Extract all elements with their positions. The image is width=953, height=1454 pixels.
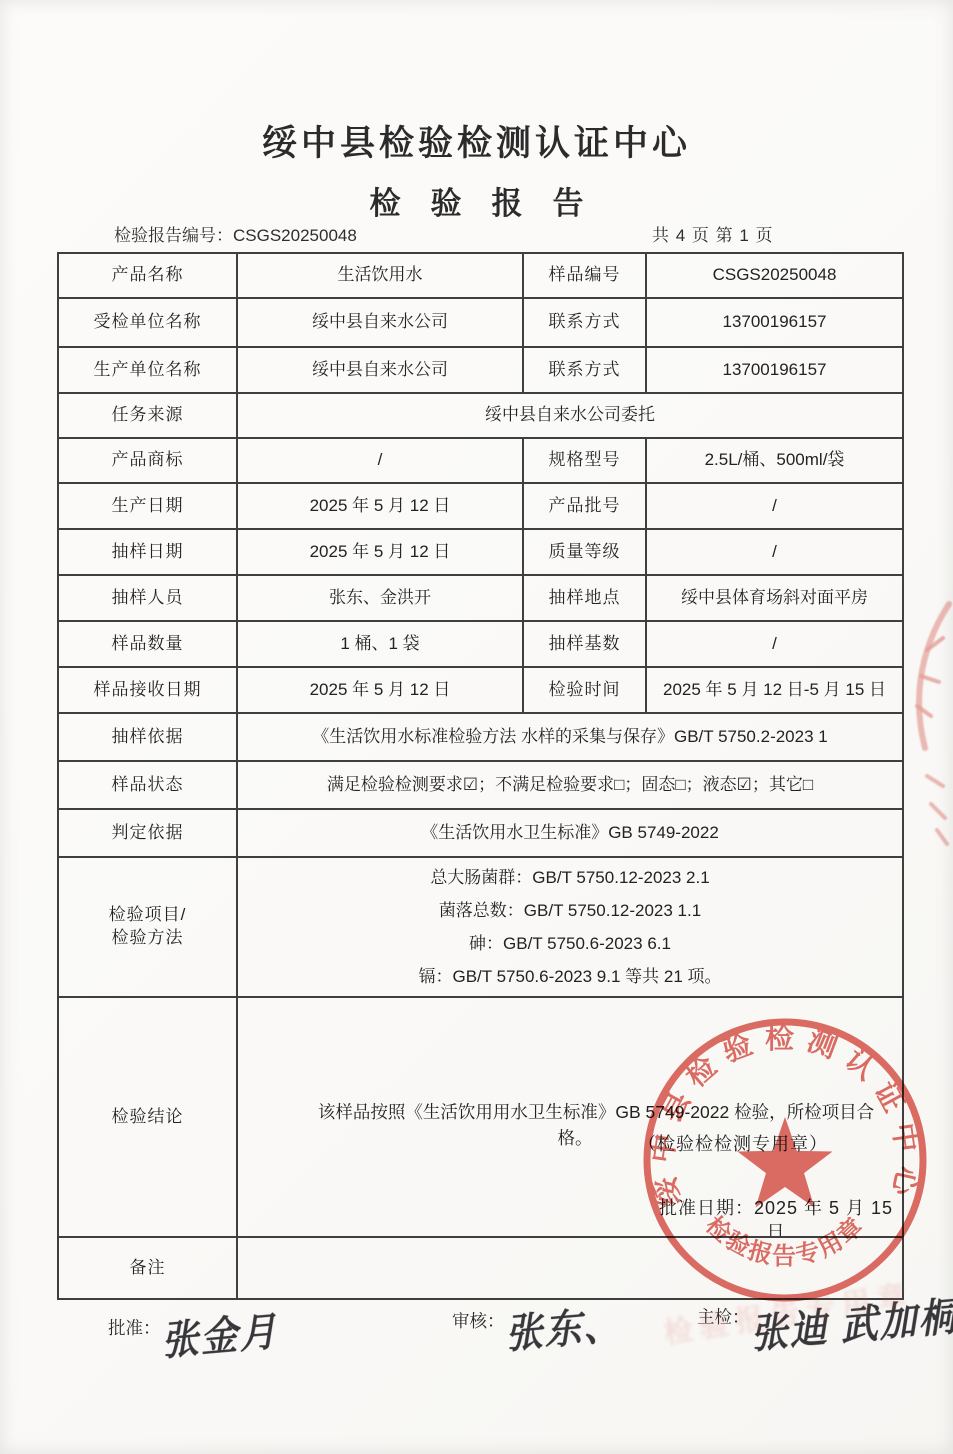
- receive-date-value: 2025 年 5 月 12 日: [237, 667, 523, 713]
- product-name-label: 产品名称: [58, 253, 237, 298]
- table-row: 判定依据 《生活饮用水卫生标准》GB 5749-2022: [58, 809, 903, 857]
- method-line: 镉：GB/T 5750.6-2023 9.1 等共 21 项。: [244, 960, 896, 993]
- receive-date-label: 样品接收日期: [58, 667, 237, 713]
- table-row: 产品名称 生活饮用水 样品编号 CSGS20250048: [58, 253, 903, 298]
- sampler-value: 张东、金洪开: [237, 575, 523, 621]
- producer-unit-value: 绥中县自来水公司: [237, 347, 523, 393]
- trademark-value: /: [237, 438, 523, 483]
- sample-no-value: CSGS20250048: [646, 253, 903, 298]
- test-time-label: 检验时间: [523, 667, 646, 713]
- org-title: 绥中县检验检测认证中心: [0, 116, 953, 166]
- contact-value-2: 13700196157: [646, 347, 903, 393]
- quality-grade-value: /: [646, 529, 903, 575]
- table-row: 样品数量 1 桶、1 袋 抽样基数 /: [58, 621, 903, 667]
- batch-no-value: /: [646, 483, 903, 529]
- batch-no-label: 产品批号: [523, 483, 646, 529]
- contact-label-2: 联系方式: [523, 347, 646, 393]
- sample-qty-value: 1 桶、1 袋: [237, 621, 523, 667]
- remark-value: [237, 1237, 903, 1299]
- sample-status-value: 满足检验检测要求☑；不满足检验要求□；固态□；液态☑；其它□: [237, 761, 903, 809]
- approve-label: 批准：: [108, 1318, 161, 1338]
- report-title: 检验报告: [0, 178, 953, 223]
- sampling-base-label: 抽样基数: [523, 621, 646, 667]
- table-row: 检验项目/ 检验方法 总大肠菌群：GB/T 5750.12-2023 2.1 菌…: [58, 857, 903, 997]
- report-number-value: CSGS20250048: [233, 226, 357, 245]
- table-row: 备注: [58, 1237, 903, 1299]
- conclusion-label: 检验结论: [58, 997, 237, 1237]
- contact-label-1: 联系方式: [523, 298, 646, 347]
- chief-signature: 张迪 武加桐: [749, 1282, 953, 1359]
- seal-note: （检验检检测专用章）: [638, 1132, 828, 1156]
- contact-value-1: 13700196157: [646, 298, 903, 347]
- producer-unit-label: 生产单位名称: [58, 347, 237, 393]
- report-table: 产品名称 生活饮用水 样品编号 CSGS20250048 受检单位名称 绥中县自…: [57, 252, 904, 1300]
- sampling-date-value: 2025 年 5 月 12 日: [237, 529, 523, 575]
- table-row: 抽样依据 《生活饮用水标准检验方法 水样的采集与保存》GB/T 5750.2-2…: [58, 713, 903, 761]
- judgment-basis-label: 判定依据: [58, 809, 237, 857]
- report-number-label: 检验报告编号：: [114, 226, 233, 245]
- reviewer-signature-block: 审核：张东、: [452, 1298, 626, 1352]
- table-row: 样品接收日期 2025 年 5 月 12 日 检验时间 2025 年 5 月 1…: [58, 667, 903, 713]
- task-source-label: 任务来源: [58, 393, 237, 438]
- method-line: 菌落总数：GB/T 5750.12-2023 1.1: [244, 894, 896, 927]
- spec-model-label: 规格型号: [523, 438, 646, 483]
- chief-label: 主检：: [697, 1307, 750, 1327]
- review-label: 审核：: [452, 1311, 505, 1331]
- product-name-value: 生活饮用水: [237, 253, 523, 298]
- sampling-site-value: 绥中县体育场斜对面平房: [646, 575, 903, 621]
- sampling-site-label: 抽样地点: [523, 575, 646, 621]
- chief-inspector-signature-block: 主检：张迪 武加桐: [697, 1294, 953, 1348]
- production-date-value: 2025 年 5 月 12 日: [237, 483, 523, 529]
- table-row: 任务来源 绥中县自来水公司委托: [58, 393, 903, 438]
- report-page: 绥中县检验检测认证中心 检验报告 检验报告编号：CSGS20250048 共 4…: [0, 0, 953, 1454]
- inspected-unit-value: 绥中县自来水公司: [237, 298, 523, 347]
- approver-signature-block: 批准：张金月: [108, 1305, 282, 1359]
- sampling-date-label: 抽样日期: [58, 529, 237, 575]
- conclusion-value: 该样品按照《生活饮用用水卫生标准》GB 5749-2022 检验，所检项目合格。…: [237, 997, 903, 1237]
- sample-no-label: 样品编号: [523, 253, 646, 298]
- sampler-label: 抽样人员: [58, 575, 237, 621]
- test-time-value: 2025 年 5 月 12 日-5 月 15 日: [646, 667, 903, 713]
- table-row: 样品状态 满足检验检测要求☑；不满足检验要求□；固态□；液态☑；其它□: [58, 761, 903, 809]
- table-row: 抽样日期 2025 年 5 月 12 日 质量等级 /: [58, 529, 903, 575]
- method-line: 总大肠菌群：GB/T 5750.12-2023 2.1: [244, 861, 896, 894]
- test-items-value: 总大肠菌群：GB/T 5750.12-2023 2.1 菌落总数：GB/T 57…: [237, 857, 903, 997]
- sampling-basis-label: 抽样依据: [58, 713, 237, 761]
- sample-status-label: 样品状态: [58, 761, 237, 809]
- test-items-label: 检验项目/ 检验方法: [58, 857, 237, 997]
- spec-model-value: 2.5L/桶、500ml/袋: [646, 438, 903, 483]
- production-date-label: 生产日期: [58, 483, 237, 529]
- table-row: 抽样人员 张东、金洪开 抽样地点 绥中县体育场斜对面平房: [58, 575, 903, 621]
- table-row: 受检单位名称 绥中县自来水公司 联系方式 13700196157: [58, 298, 903, 347]
- edge-stamp-fragment: [897, 598, 953, 860]
- review-signature: 张东、: [504, 1290, 630, 1360]
- table-row: 检验结论 该样品按照《生活饮用用水卫生标准》GB 5749-2022 检验，所检…: [58, 997, 903, 1237]
- page-info: 共 4 页 第 1 页: [652, 221, 774, 246]
- sampling-base-value: /: [646, 621, 903, 667]
- approve-signature: 张金月: [160, 1297, 286, 1367]
- table-row: 生产日期 2025 年 5 月 12 日 产品批号 /: [58, 483, 903, 529]
- sample-qty-label: 样品数量: [58, 621, 237, 667]
- remark-label: 备注: [58, 1237, 237, 1299]
- trademark-label: 产品商标: [58, 438, 237, 483]
- report-number: 检验报告编号：CSGS20250048: [114, 221, 357, 246]
- quality-grade-label: 质量等级: [523, 529, 646, 575]
- judgment-basis-value: 《生活饮用水卫生标准》GB 5749-2022: [237, 809, 903, 857]
- approve-date: 批准日期：2025 年 5 月 15 日: [650, 1196, 902, 1237]
- method-line: 砷：GB/T 5750.6-2023 6.1: [244, 927, 896, 960]
- task-source-value: 绥中县自来水公司委托: [237, 393, 903, 438]
- table-row: 产品商标 / 规格型号 2.5L/桶、500ml/袋: [58, 438, 903, 483]
- inspected-unit-label: 受检单位名称: [58, 298, 237, 347]
- sampling-basis-value: 《生活饮用水标准检验方法 水样的采集与保存》GB/T 5750.2-2023 1: [237, 713, 903, 761]
- table-row: 生产单位名称 绥中县自来水公司 联系方式 13700196157: [58, 347, 903, 393]
